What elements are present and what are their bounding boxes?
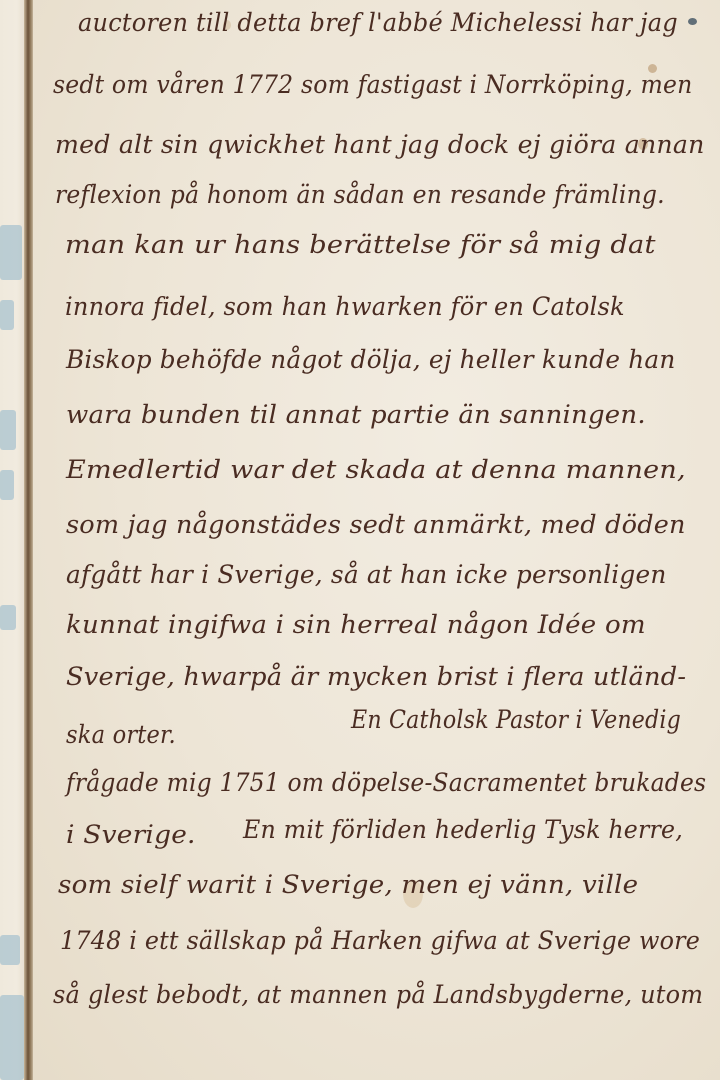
text-line: sedt om våren 1772 som fastigast i Norrk… (53, 70, 692, 99)
text-line: ska orter. (66, 720, 176, 749)
text-line: Emedlertid war det skada at denna mannen… (66, 455, 686, 484)
manuscript-page: auctoren till detta bref l'abbé Micheles… (33, 0, 720, 1080)
text-line: kunnat ingifwa i sin herreal någon Idée … (66, 610, 646, 639)
text-line: som sielf warit i Sverige, men ej vänn, … (58, 870, 638, 899)
text-line: En mit förliden hederlig Tysk herre, (243, 815, 683, 844)
blue-stain (0, 300, 14, 330)
text-line: 1748 i ett sällskap på Harken gifwa at S… (60, 926, 700, 955)
text-line: afgått har i Sverige, så at han icke per… (66, 560, 667, 589)
text-line: auctoren till detta bref l'abbé Micheles… (78, 8, 678, 37)
manuscript-scan: auctoren till detta bref l'abbé Micheles… (0, 0, 720, 1080)
blue-stain (0, 935, 20, 965)
blue-stain (0, 410, 16, 450)
blue-stain (0, 995, 24, 1080)
text-line: i Sverige. (66, 820, 196, 849)
text-line: som jag någonstädes sedt anmärkt, med dö… (66, 510, 686, 539)
handwritten-text: auctoren till detta bref l'abbé Micheles… (33, 0, 720, 1080)
text-line: innora fidel, som han hwarken för en Cat… (65, 292, 625, 321)
text-line: wara bunden til annat partie än sanninge… (66, 400, 646, 429)
text-line: man kan ur hans berättelse för så mig da… (65, 230, 656, 259)
text-line: Biskop behöfde något dölja, ej heller ku… (66, 345, 675, 374)
text-line: med alt sin qwickhet hant jag dock ej gi… (55, 130, 705, 159)
text-line: reflexion på honom än sådan en resande f… (55, 180, 665, 209)
blue-stain (0, 605, 16, 630)
text-line: Sverige, hwarpå är mycken brist i flera … (66, 662, 686, 691)
text-line: En Catholsk Pastor i Venedig (351, 705, 681, 734)
blue-stain (0, 225, 22, 280)
blue-stain (0, 470, 14, 500)
text-line: frågade mig 1751 om döpelse-Sacramentet … (66, 768, 706, 797)
text-line: så glest bebodt, at mannen på Landsbygde… (53, 980, 703, 1009)
